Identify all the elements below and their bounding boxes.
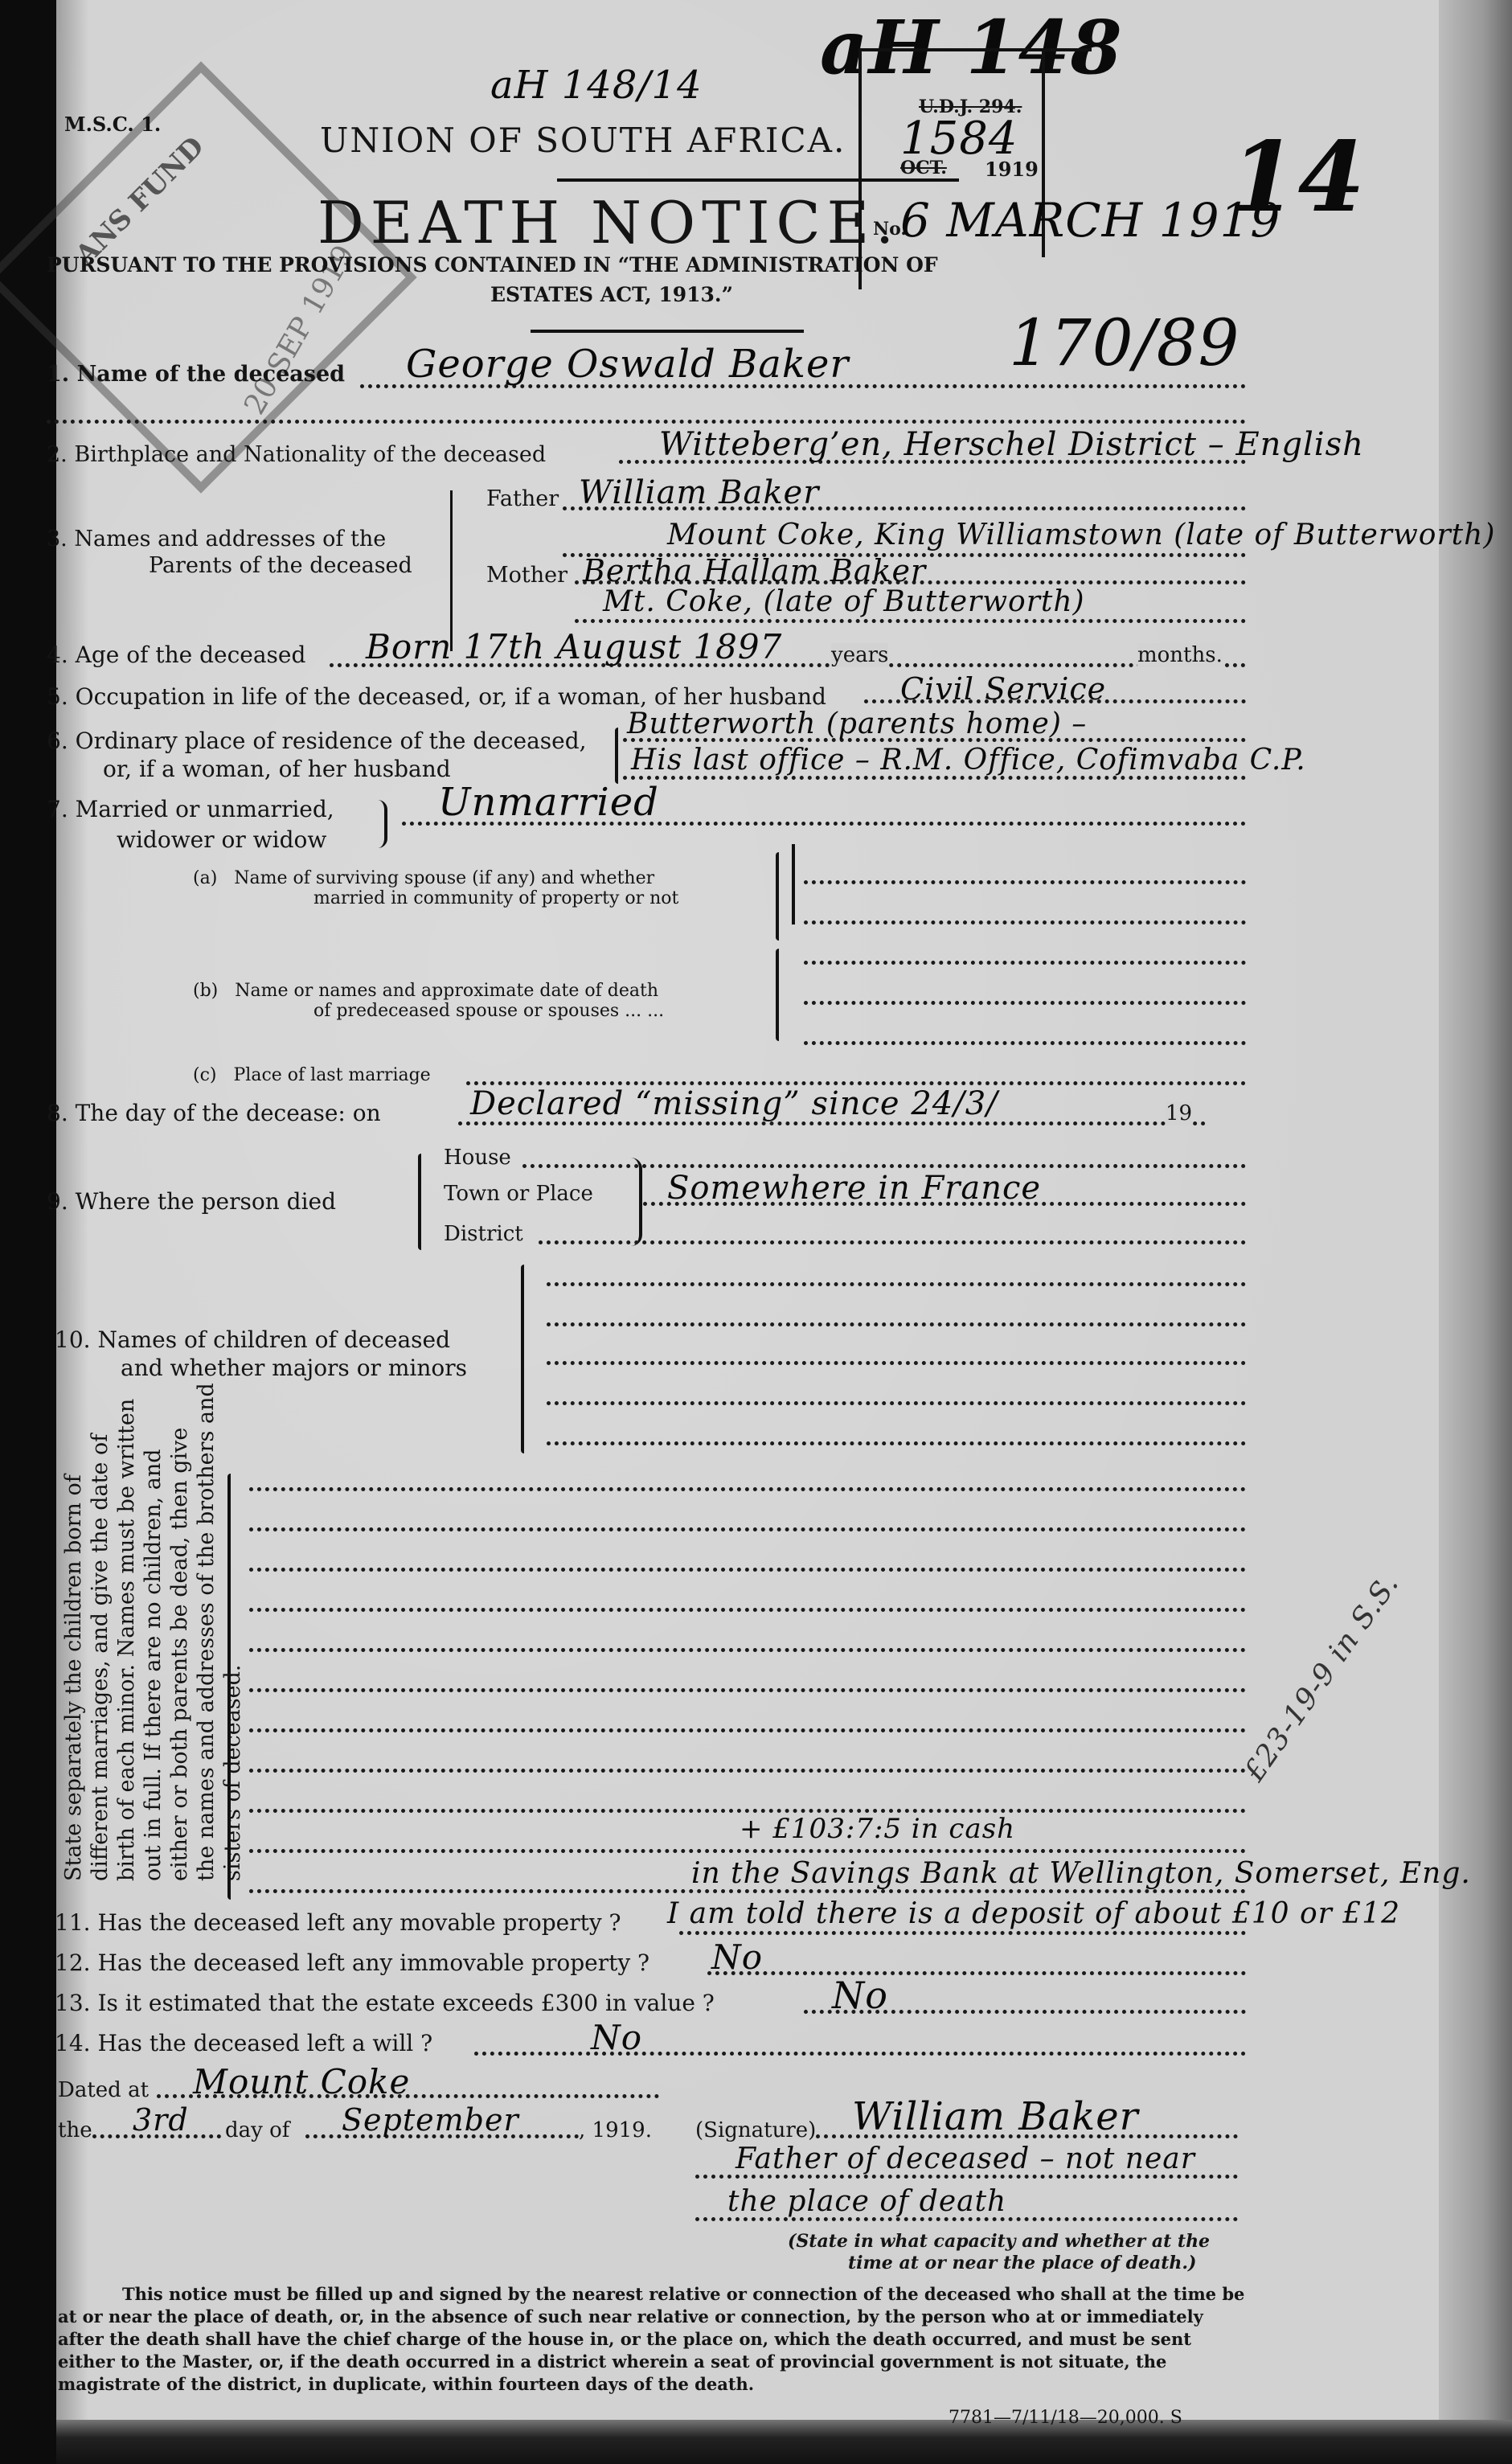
field-10-brace <box>521 1265 524 1453</box>
field-12-label: 12. Has the deceased left any immovable … <box>55 1949 649 1976</box>
sibling-line-5 <box>249 1648 1246 1652</box>
father-label: Father <box>486 486 559 511</box>
dated-day: 3rd <box>133 2102 189 2138</box>
dated-place: Mount Coke <box>193 2062 410 2101</box>
field-6-label-line1: 6. Ordinary place of residence of the de… <box>47 728 587 754</box>
page-edge <box>1439 0 1512 2428</box>
field-4-value: Born 17th August 1897 <box>366 627 782 666</box>
signature-label: (Signature) <box>695 2118 816 2142</box>
siblings-brace <box>227 1474 231 1900</box>
field-1-extra-line <box>47 420 1246 424</box>
capacity-value-line2: the place of death <box>727 2185 1006 2218</box>
mother-address-line <box>575 619 1246 623</box>
signature-value: William Baker <box>852 2094 1139 2139</box>
capacity-hint-line2: time at or near the place of death.) <box>848 2253 1196 2273</box>
movable-property-bank: in the Savings Bank at Wellington, Somer… <box>691 1857 1471 1890</box>
field-10-label-line1: 10. Names of children of deceased <box>55 1326 450 1353</box>
subfield-a-brace <box>776 852 779 941</box>
field-8-value: Declared “missing” since 24/3/ <box>470 1085 998 1122</box>
dated-at-label: Dated at <box>58 2078 149 2102</box>
capacity-value-line1: Father of deceased – not near <box>736 2142 1195 2175</box>
handwritten-date: 6 MARCH 1919 <box>900 193 1280 248</box>
subfield-a-line-1 <box>804 880 1246 884</box>
field-11-line <box>679 1931 1246 1935</box>
subfield-b-line-3 <box>804 1041 1246 1045</box>
field-1-value: George Oswald Baker <box>406 342 849 387</box>
subfield-b-line-1 <box>804 961 1246 965</box>
district-label: District <box>444 1222 523 1246</box>
field-6-brace <box>615 728 618 784</box>
field-5-label: 5. Occupation in life of the deceased, o… <box>47 683 826 710</box>
years-label: years <box>831 643 888 667</box>
field-7-value: Unmarried <box>438 780 659 825</box>
field-11-value: I am told there is a deposit of about £1… <box>667 1897 1400 1930</box>
field-12-line <box>707 1971 1246 1975</box>
sibling-line-4 <box>249 1608 1246 1612</box>
form-code: M.S.C. 1. <box>64 113 161 136</box>
subfield-a-line-2 <box>804 920 1246 925</box>
estate-number: 170/89 <box>1009 305 1240 380</box>
field-3-label-line1: 3. Names and addresses of the <box>47 527 386 551</box>
country-heading: UNION OF SOUTH AFRICA. <box>320 121 846 160</box>
field-5-value: Civil Service <box>900 671 1106 707</box>
house-label: House <box>444 1146 511 1170</box>
sibling-line-1 <box>249 1487 1246 1491</box>
field-8-year-suffix: 19 <box>1166 1101 1192 1125</box>
page-bottom-edge <box>56 2420 1512 2464</box>
subtitle-rule <box>531 330 804 333</box>
mother-name: Bertha Hallam Baker <box>583 553 926 588</box>
sibling-line-2 <box>249 1527 1246 1531</box>
subtitle-line1: PURSUANT TO THE PROVISIONS CONTAINED IN … <box>47 253 938 277</box>
siblings-instructions: State separately the children born of di… <box>60 1455 246 1881</box>
the-label: the <box>58 2118 92 2142</box>
sibling-line-10 <box>249 1849 1246 1853</box>
field-9-value: Somewhere in France <box>667 1170 1041 1207</box>
child-line-4 <box>547 1401 1246 1405</box>
mother-label: Mother <box>486 563 568 588</box>
handwritten-no: 1584 <box>900 113 1018 165</box>
sibling-line-6 <box>249 1688 1246 1692</box>
town-brace <box>631 1158 642 1246</box>
top-reference: aH 148/14 <box>490 63 703 108</box>
subfield-c-label: (c) Place of last marriage <box>193 1065 431 1085</box>
field-8-label: 8. The day of the decease: on <box>47 1100 381 1126</box>
field-7-right-bracket <box>792 844 795 925</box>
child-line-1 <box>547 1282 1246 1286</box>
mother-address: Mt. Coke, (late of Butterworth) <box>603 585 1085 618</box>
field-14-label: 14. Has the deceased left a will ? <box>55 2030 432 2056</box>
subfield-b-line2: of predeceased spouse or spouses ... ... <box>313 1001 664 1021</box>
town-label: Town or Place <box>444 1182 593 1206</box>
reference-box-line <box>858 48 862 289</box>
field-13-label: 13. Is it estimated that the estate exce… <box>55 1990 715 2016</box>
capacity-hint-line1: (State in what capacity and whether at t… <box>788 2231 1210 2252</box>
field-14-line <box>474 2052 1246 2056</box>
reference-box-top <box>858 48 1092 51</box>
subfield-a-line1: (a) Name of surviving spouse (if any) an… <box>193 868 654 888</box>
field-7-label-line2: widower or widow <box>117 826 326 853</box>
field-11-label: 11. Has the deceased left any movable pr… <box>55 1909 621 1936</box>
day-of-label: day of <box>225 2118 289 2142</box>
subfield-b-brace <box>776 949 779 1041</box>
footer-notice: This notice must be filled up and signed… <box>58 2283 1248 2396</box>
subfield-a-line2: married in community of property or not <box>313 888 678 908</box>
large-reference: aH 148 <box>820 4 1123 91</box>
dated-year: , 1919. <box>579 2118 652 2142</box>
child-line-2 <box>547 1322 1246 1326</box>
subfield-b-line1: (b) Name or names and approximate date o… <box>193 981 658 1001</box>
district-line <box>539 1240 1246 1244</box>
field-13-value: No <box>832 1974 888 2017</box>
field-9-label: 9. Where the person died <box>47 1188 336 1215</box>
field-2-label: 2. Birthplace and Nationality of the dec… <box>47 442 546 467</box>
movable-property-cash: + £103:7:5 in cash <box>740 1813 1015 1845</box>
months-label: months. <box>1137 643 1223 667</box>
field-6-value-line1: Butterworth (parents home) – <box>627 707 1087 740</box>
father-name: William Baker <box>579 474 819 511</box>
dated-month: September <box>342 2102 519 2138</box>
title-rule <box>557 178 959 182</box>
page-title: DEATH NOTICE. <box>318 189 900 256</box>
field-3-label-line2: Parents of the deceased <box>149 553 412 578</box>
field-14-value: No <box>591 2018 642 2057</box>
sibling-line-7 <box>249 1728 1246 1732</box>
field-7-brace <box>378 800 387 848</box>
field-4-label: 4. Age of the deceased <box>47 642 305 668</box>
print-code: 7781—7/11/18—20,000. S <box>949 2408 1182 2428</box>
field-2-value: Witteberg’en, Herschel District – Englis… <box>659 426 1364 463</box>
field-7-label-line1: 7. Married or unmarried, <box>47 796 334 822</box>
field-6-value-line2: His last office – R.M. Office, Cofimvaba… <box>631 744 1306 777</box>
sibling-line-3 <box>249 1568 1246 1572</box>
field-10-label-line2: and whether majors or minors <box>121 1355 467 1381</box>
subtitle-line2: ESTATES ACT, 1913.” <box>490 283 733 306</box>
field-6-label-line2: or, if a woman, of her husband <box>103 756 451 782</box>
field-12-value: No <box>711 1937 763 1977</box>
sibling-line-8 <box>249 1769 1246 1773</box>
subfield-b-line-2 <box>804 1001 1246 1005</box>
child-line-3 <box>547 1361 1246 1365</box>
father-address: Mount Coke, King Williamstown (late of B… <box>667 519 1495 551</box>
child-line-5 <box>547 1441 1246 1445</box>
field-9-brace <box>418 1154 421 1250</box>
field-1-label: 1. Name of the deceased <box>47 362 345 387</box>
